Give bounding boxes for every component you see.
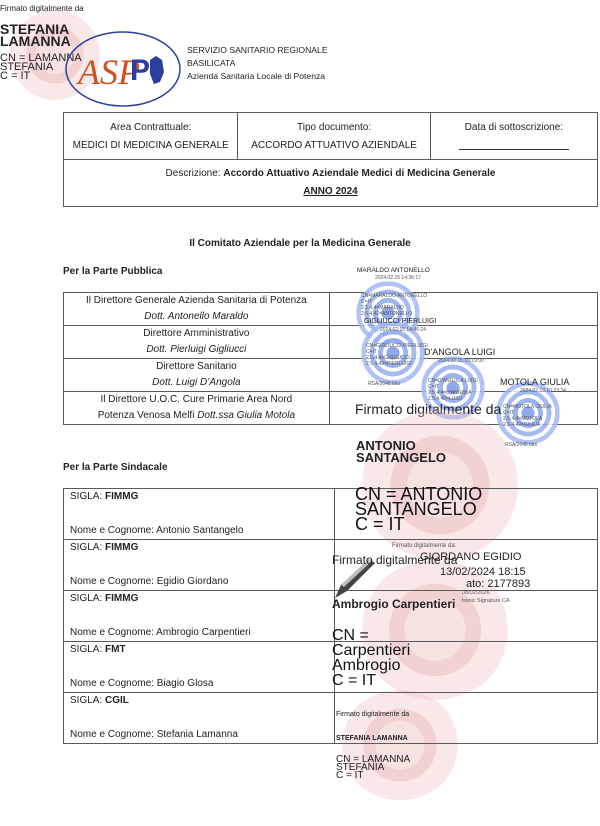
svg-text:P: P	[130, 54, 150, 87]
santangelo-cn: CN = ANTONIO SANTANGELO C = IT	[355, 487, 482, 532]
table-row: SIGLA: FIMMGNome e Cognome: Antonio Sant…	[64, 489, 598, 540]
carpentieri-cn: CN = Carpentieri Ambrogio C = IT	[332, 628, 410, 688]
description: Descrizione: Accordo Attuativo Aziendale…	[64, 165, 597, 183]
lamanna-name: STEFANIA LAMANNA	[336, 735, 408, 742]
stamp-details: CN=MARALDO ANTONELLOC=IT2.5.4.4=MARALDO2…	[361, 293, 427, 317]
asp-logo: ASP P	[64, 30, 182, 108]
stamp-name: MARALDO ANTONELLO	[357, 267, 430, 274]
data-label: Data di sottoscrizione:	[431, 119, 597, 137]
table-row: Il Direttore Generale Azienda Sanitaria …	[64, 293, 598, 326]
parte-sindacale-label: Per la Parte Sindacale	[63, 462, 168, 473]
giordano-cert: ato: 2177893	[466, 578, 530, 590]
lamanna-cn: CN = LAMANNA STEFANIA C = IT	[336, 756, 410, 780]
parte-sindacale-table: SIGLA: FIMMGNome e Cognome: Antonio Sant…	[63, 488, 598, 744]
tipo-label: Tipo documento:	[238, 119, 429, 137]
giordano-date: 13/02/2024 18:15	[440, 566, 526, 578]
stamp-details: CN=GIGLIUCCI PIERLUIGIC=IT2.5.4.4=GIGLIU…	[366, 343, 428, 367]
table-row: SIGLA: FIMMGNome e Cognome: Ambrogio Car…	[64, 591, 598, 642]
table-row: SIGLA: FMTNome e Cognome: Biagio Glosa	[64, 642, 598, 693]
top-signature-label: Firmato digitalmente da	[0, 4, 84, 13]
parte-pubblica-label: Per la Parte Pubblica	[63, 266, 163, 277]
tipo-value: ACCORDO ATTUATIVO AZIENDALE	[238, 137, 429, 155]
organization-header: SERVIZIO SANITARIO REGIONALE BASILICATA …	[187, 44, 328, 83]
stamp-name: D'ANGOLA LUIGI	[424, 347, 495, 357]
date-blank	[459, 137, 569, 150]
stamp-details: CN=D'ANGOLA LUIGIC=IT2.5.4.4=D'ANGOLA2.5…	[428, 378, 478, 402]
stamp-name: GIGLIUCCI PIERLUIGI	[364, 318, 436, 325]
giordano-name: GIORDANO EGIDIO	[420, 551, 521, 563]
stamp-name: MOTOLA GIULIA	[500, 377, 569, 387]
anno: ANNO 2024	[303, 186, 357, 197]
table-row: Direttore AmministrativoDott. Pierluigi …	[64, 326, 598, 359]
table-row: SIGLA: CGILNome e Cognome: Stefania Lama…	[64, 693, 598, 744]
area-value: MEDICI DI MEDICINA GENERALE	[64, 137, 237, 155]
area-label: Area Contrattuale:	[64, 119, 237, 137]
info-table: Area Contrattuale: MEDICI DI MEDICINA GE…	[63, 112, 598, 207]
lamanna-label: Firmato digitalmente da	[336, 711, 409, 718]
comitato-title: Il Comitato Aziendale per la Medicina Ge…	[0, 238, 600, 249]
santangelo-signature-name: ANTONIOSANTANGELO	[356, 440, 446, 464]
stamp-details: CN=MOTOLA GIULIAC=IT2.5.4.4=MOTOLA2.5.4.…	[503, 404, 552, 428]
carpentieri-name: Ambrogio Carpentieri	[332, 597, 455, 611]
